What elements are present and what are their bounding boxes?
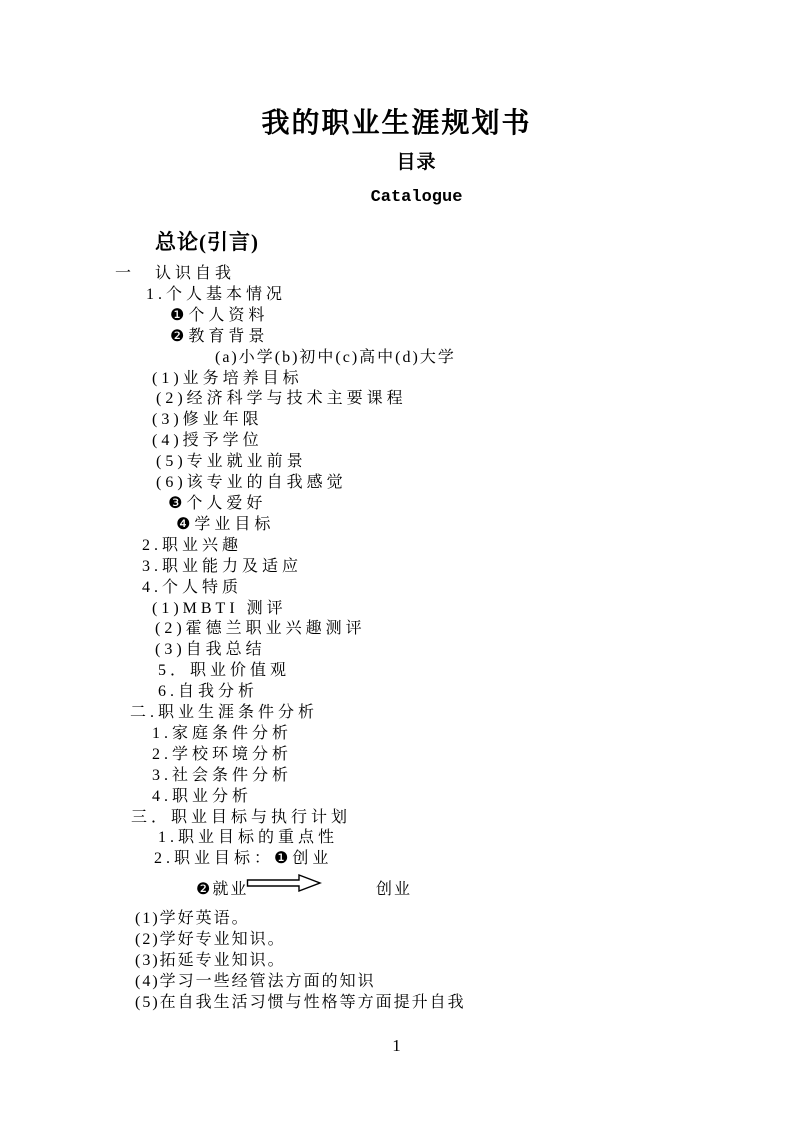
toc-item: 一 认识自我 (0, 264, 793, 285)
intro-heading: 总论(引言) (155, 226, 259, 256)
toc-item: (2)霍德兰职业兴趣测评 (0, 619, 793, 640)
toc-list: 一 认识自我 1.个人基本情况 ❶个人资料 ❷教育背景 (a)小学(b)初中(c… (0, 264, 793, 1014)
toc-item: 1.职业目标的重点性 (0, 828, 793, 849)
toc-item: 2.学校环境分析 (0, 745, 793, 766)
toc-arrow-row: ❷就业 创业 (0, 880, 793, 901)
arrow-left-label: ❷就业 (196, 880, 248, 901)
arrow-right-label: 创业 (376, 880, 412, 901)
toc-item: 3.职业能力及适应 (0, 557, 793, 578)
toc-item: (1)学好英语。 (0, 909, 793, 930)
toc-item: ❹学业目标 (0, 515, 793, 536)
toc-item: (5)专业就业前景 (0, 452, 793, 473)
toc-item: ❶个人资料 (0, 306, 793, 327)
toc-item: (1)业务培养目标 (0, 369, 793, 390)
toc-heading-en: Catalogue (0, 188, 793, 207)
toc-item: 三．职业目标与执行计划 (0, 808, 793, 829)
toc-item: (3)拓延专业知识。 (0, 951, 793, 972)
toc-item: 1.家庭条件分析 (0, 724, 793, 745)
toc-item: 4.个人特质 (0, 578, 793, 599)
toc-item: (4)学习一些经管法方面的知识 (0, 972, 793, 993)
toc-item: 二.职业生涯条件分析 (0, 703, 793, 724)
toc-item: (6)该专业的自我感觉 (0, 473, 793, 494)
toc-item: (2)学好专业知识。 (0, 930, 793, 951)
toc-item: 6.自我分析 (0, 682, 793, 703)
toc-item: (a)小学(b)初中(c)高中(d)大学 (0, 348, 793, 369)
toc-item: (4)授予学位 (0, 431, 793, 452)
page-number: 1 (0, 1036, 793, 1056)
toc-item: (5)在自我生活习惯与性格等方面提升自我 (0, 993, 793, 1014)
toc-heading-cn: 目录 (0, 147, 793, 174)
right-arrow-icon (246, 873, 322, 893)
toc-item: 1.个人基本情况 (0, 285, 793, 306)
toc-item: 2.职业目标：❶创业 (0, 849, 793, 870)
toc-item: (2)经济科学与技术主要课程 (0, 389, 793, 410)
toc-item: 4.职业分析 (0, 787, 793, 808)
toc-item: 5．职业价值观 (0, 661, 793, 682)
toc-item: 2.职业兴趣 (0, 536, 793, 557)
document-page: 我的职业生涯规划书 目录 Catalogue 总论(引言) 一 认识自我 1.个… (0, 0, 793, 1122)
document-title: 我的职业生涯规划书 (0, 101, 793, 141)
toc-item: 3.社会条件分析 (0, 766, 793, 787)
toc-item: ❷教育背景 (0, 327, 793, 348)
toc-item: (1)MBTI 测评 (0, 599, 793, 620)
toc-item: (3)修业年限 (0, 410, 793, 431)
toc-item: (3)自我总结 (0, 640, 793, 661)
toc-item: ❸个人爱好 (0, 494, 793, 515)
